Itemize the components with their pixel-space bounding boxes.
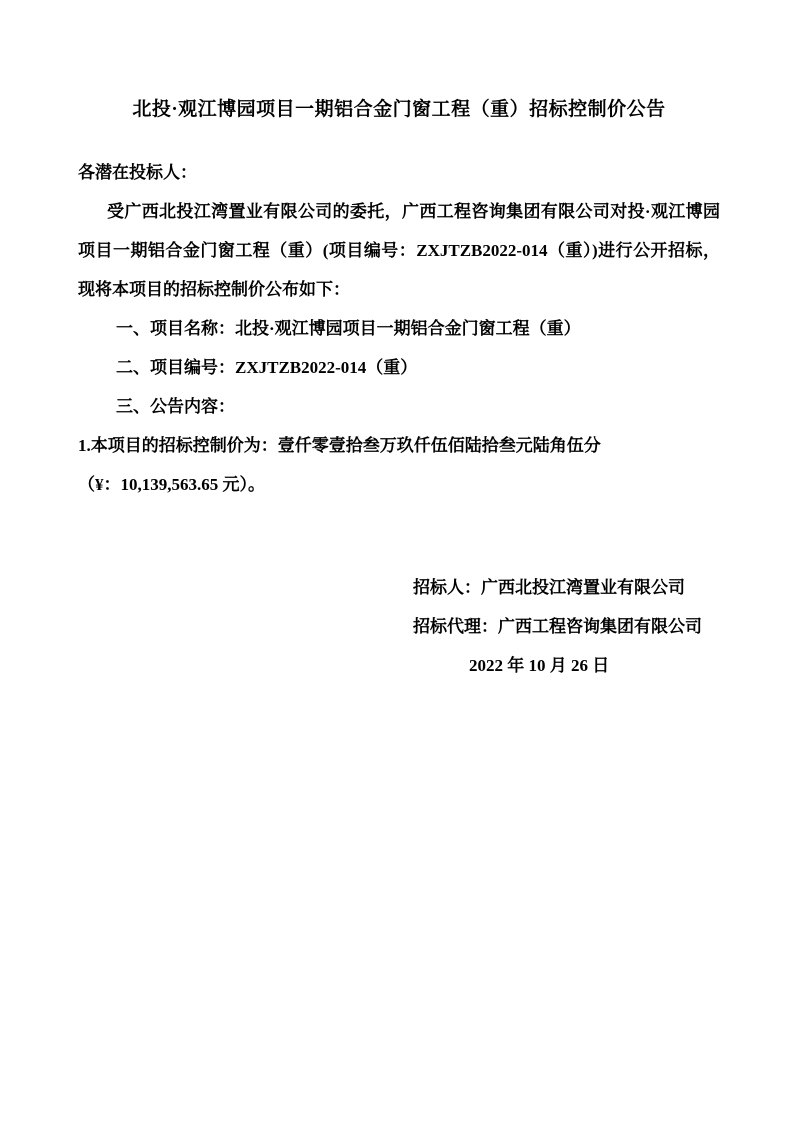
price-in-figures: （¥：10,139,563.65 元）。 (78, 465, 720, 504)
document-title: 北投·观江博园项目一期铝合金门窗工程（重）招标控制价公告 (78, 96, 720, 123)
list-item-announcement-content: 三、公告内容： (116, 387, 720, 426)
salutation: 各潜在投标人： (78, 153, 720, 192)
signature-date: 2022 年 10 月 26 日 (413, 646, 720, 685)
list-item-project-number: 二、项目编号：ZXJTZB2022-014（重） (116, 348, 720, 387)
document-page: 北投·观江博园项目一期铝合金门窗工程（重）招标控制价公告 各潜在投标人： 受广西… (0, 0, 800, 1131)
price-in-words: 1.本项目的招标控制价为：壹仟零壹拾叁万玖仟伍佰陆拾叁元陆角伍分 (78, 426, 720, 465)
intro-paragraph: 受广西北投江湾置业有限公司的委托，广西工程咨询集团有限公司对投·观江博园项目一期… (78, 192, 720, 309)
signature-block: 招标人：广西北投江湾置业有限公司 招标代理：广西工程咨询集团有限公司 2022 … (413, 568, 720, 685)
list-item-project-name: 一、项目名称：北投·观江博园项目一期铝合金门窗工程（重） (116, 309, 720, 348)
signature-agent: 招标代理：广西工程咨询集团有限公司 (413, 607, 720, 646)
signature-tenderer: 招标人：广西北投江湾置业有限公司 (413, 568, 720, 607)
